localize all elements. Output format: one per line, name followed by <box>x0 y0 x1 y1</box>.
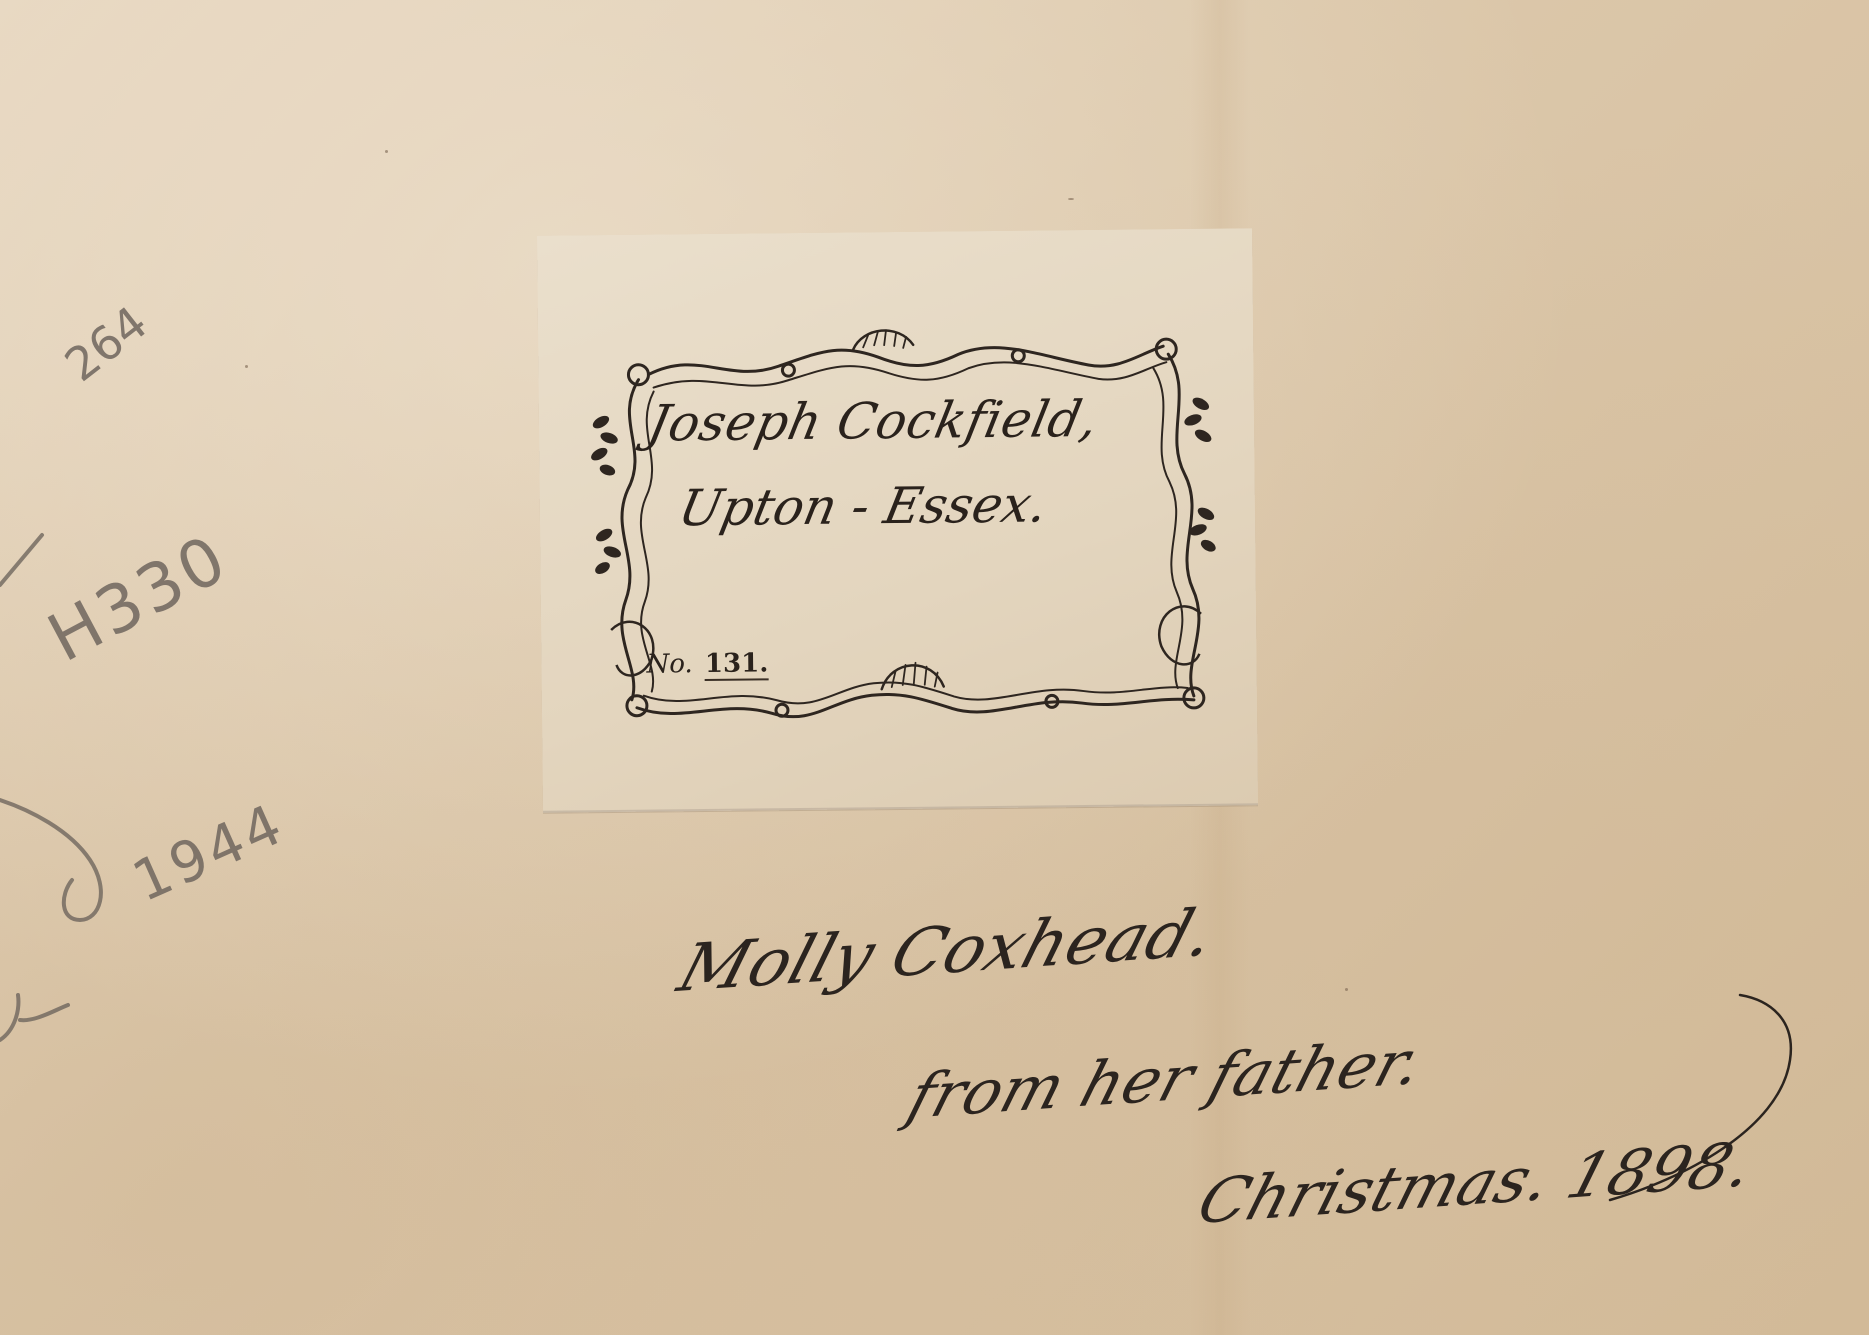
paper-speck <box>245 365 248 368</box>
paper-speck <box>1068 198 1074 200</box>
bookplate-number: No. 131. <box>646 648 768 679</box>
paper-speck <box>1345 988 1348 991</box>
bookplate-label: Joseph Cockfield, Upton - Essex. No. 131… <box>537 228 1258 812</box>
bookplate-owner-place: Upton - Essex. <box>674 475 1052 537</box>
bookplate-number-value: 131. <box>705 648 769 681</box>
paper-speck <box>385 150 388 153</box>
inscription-from: from her father. <box>900 1025 1431 1133</box>
inscription-recipient: Molly Coxhead. <box>670 894 1224 1007</box>
bookplate-owner-name: Joseph Cockfield, <box>643 390 1103 453</box>
bookplate-number-prefix: No. <box>646 649 693 679</box>
pencil-edge-marks-icon <box>0 0 140 1100</box>
pencil-note-1944: 1944 <box>124 791 295 915</box>
ink-flourish-icon <box>1600 990 1840 1220</box>
